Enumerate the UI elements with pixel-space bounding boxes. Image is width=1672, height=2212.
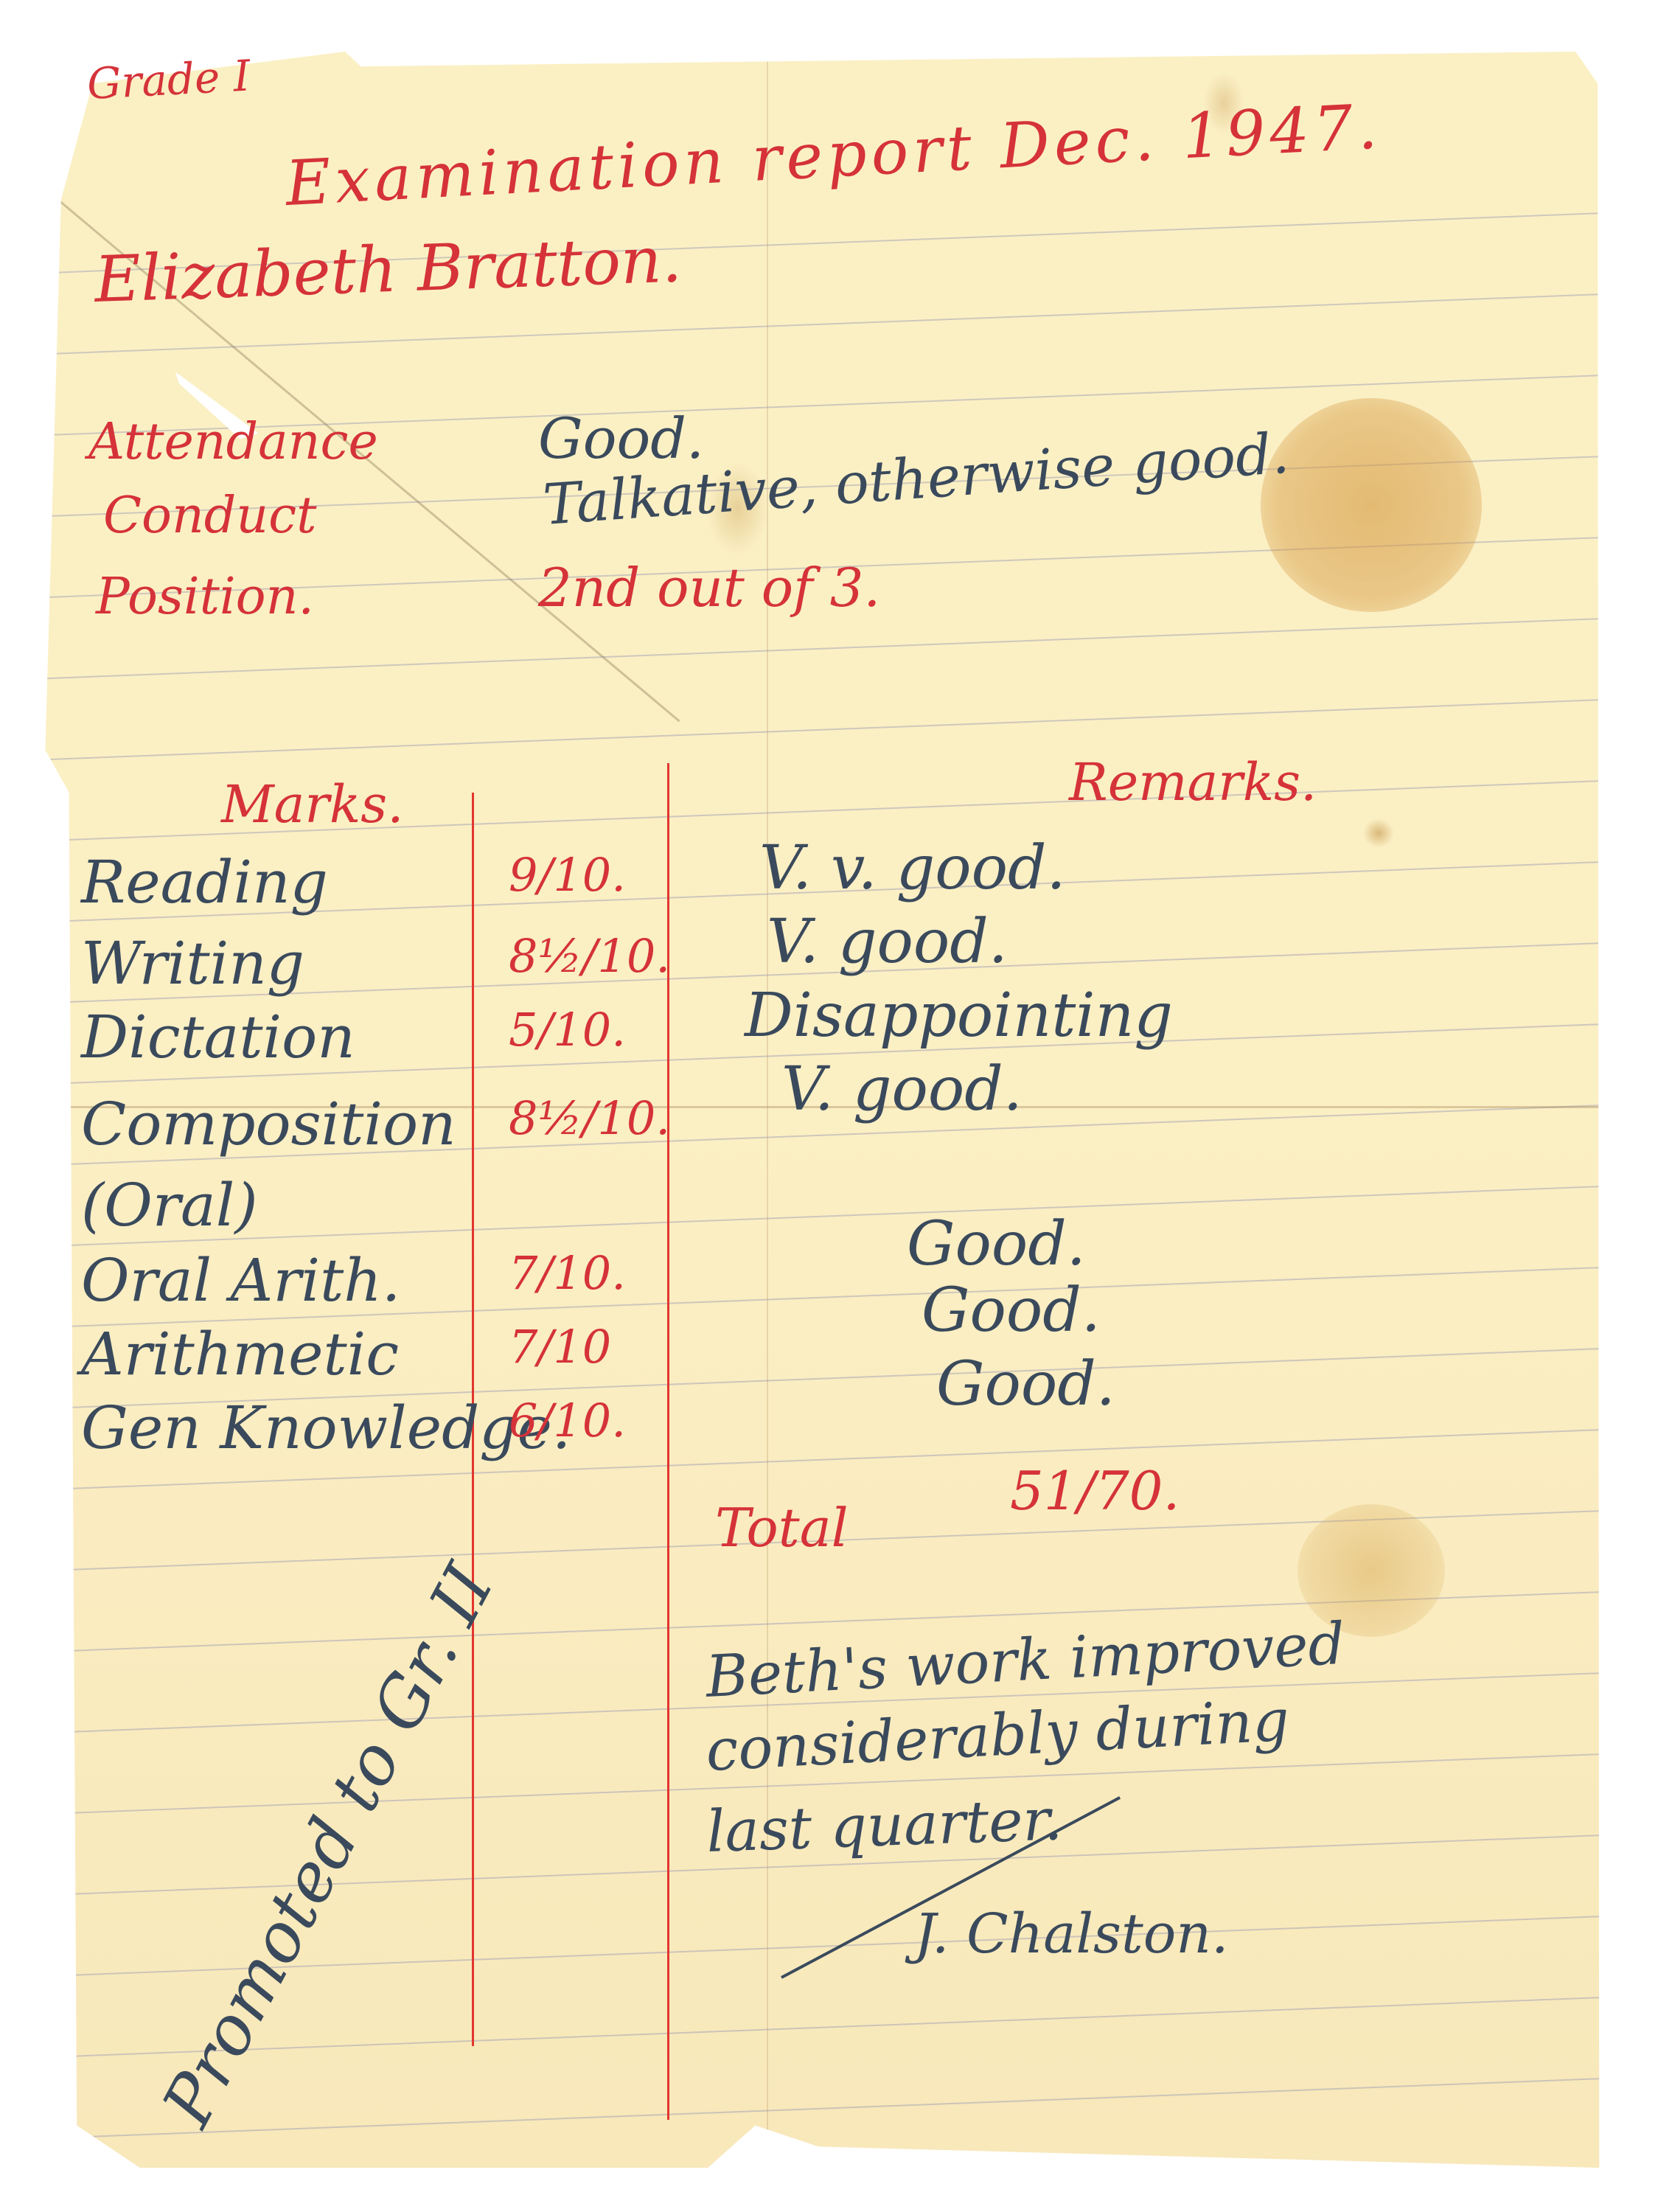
mark-reading: 9/10. [509, 848, 626, 902]
remark-gen-knowledge: Good. [936, 1349, 1115, 1419]
grade-label: Grade I [86, 51, 251, 109]
remark-reading: V. v. good. [759, 833, 1066, 903]
position-label: Position. [96, 568, 314, 626]
mark-arithmetic: 7/10 [509, 1320, 611, 1374]
mark-composition: 8½/10. [509, 1091, 670, 1145]
conduct-label: Conduct [103, 487, 317, 545]
attendance-value: Good. [538, 406, 704, 471]
remark-writing: V. good. [767, 907, 1008, 977]
remark-arithmetic: Good. [922, 1276, 1101, 1346]
subject-gen-knowledge: Gen Knowledge. [81, 1394, 571, 1462]
remark-composition: V. good. [781, 1054, 1023, 1124]
subject-oral-arith: Oral Arith. [81, 1246, 400, 1315]
mark-dictation: 5/10. [509, 1003, 626, 1057]
subject-reading: Reading [81, 848, 328, 917]
subject-arithmetic: Arithmetic [81, 1320, 399, 1388]
mark-oral-arith: 7/10. [509, 1246, 626, 1300]
total-value: 51/70. [1010, 1460, 1180, 1522]
attendance-label: Attendance [88, 413, 378, 471]
coffee-stain [1261, 398, 1482, 612]
subject-composition: Composition (Oral) [81, 1084, 494, 1246]
mark-gen-knowledge: 6/10. [509, 1394, 626, 1447]
marks-heading: Marks. [221, 774, 403, 835]
position-value: 2nd out of 3. [538, 557, 880, 619]
mark-writing: 8½/10. [509, 929, 670, 983]
subject-writing: Writing [81, 929, 304, 998]
subject-dictation: Dictation [81, 1003, 355, 1071]
remark-oral-arith: Good. [907, 1209, 1086, 1279]
teacher-signature: J. Chalston. [914, 1902, 1228, 1966]
remark-dictation: Disappointing [745, 981, 1173, 1051]
total-label: Total [715, 1497, 849, 1559]
remarks-heading: Remarks. [1069, 752, 1317, 813]
